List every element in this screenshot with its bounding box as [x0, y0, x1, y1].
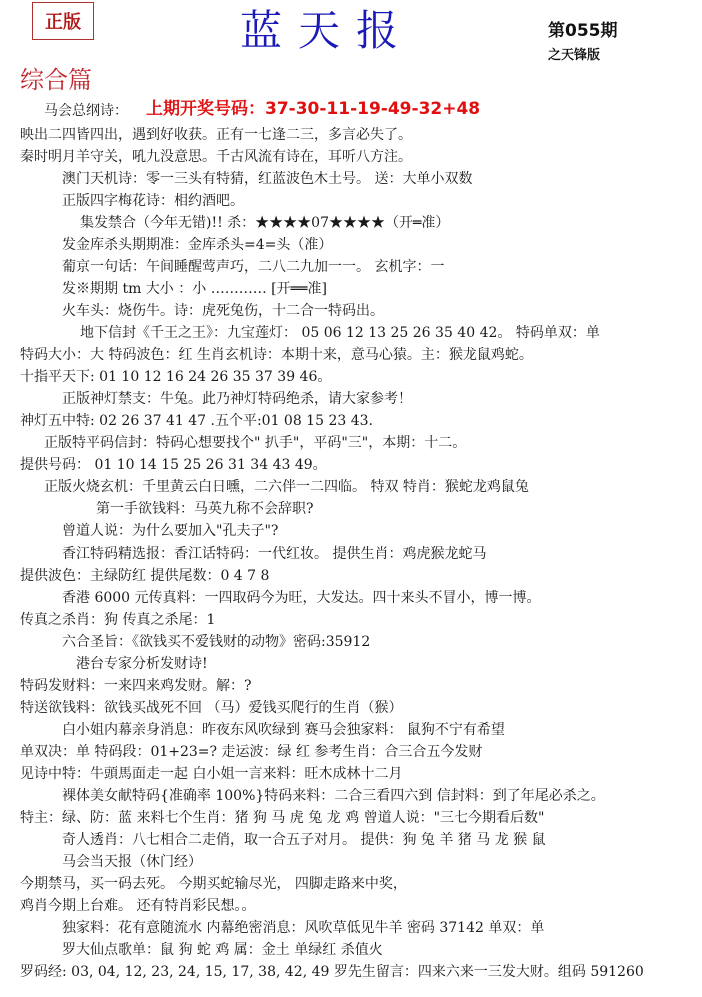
issue-number: 第055期 — [548, 16, 618, 41]
authentic-edition-badge: 正版 — [32, 2, 94, 40]
last-draw-numbers: 37-30-11-19-49-32+48 — [265, 99, 480, 119]
text-line: 正版神灯禁支：牛兔。此乃神灯特码绝杀，请大家参考！ — [62, 389, 412, 409]
text-line: 曾道人说：为什么要加入"孔夫子"? — [62, 521, 278, 541]
text-line: 提供波色：主绿防红 提供尾数：0 4 7 8 — [20, 566, 269, 586]
text-line: 秦时明月羊守关，吼九没意思。千古风流有诗在，耳听八方注。 — [20, 147, 412, 167]
text-line: 地下信封《千王之王》：九宝莲灯： 05 06 12 13 25 26 35 40… — [80, 323, 600, 343]
text-line: 罗码经: 03, 04, 12, 23, 24, 15, 17, 38, 42,… — [20, 962, 644, 982]
text-line: 正版火烧玄机：千里黄云白日曛，二六伴一二四临。 特双 特肖：猴蛇龙鸡鼠兔 — [44, 477, 529, 497]
last-draw-label: 上期开奖号码： — [146, 99, 265, 119]
text-line: 香港 6000 元传真料：一四取码今为旺，大发达。四十来头不冒小，博一博。 — [62, 588, 541, 608]
text-line: 马会当天报（休门经） — [62, 852, 202, 872]
text-line: 香江特码精选报：香江话特码：一代红妆。 提供生肖：鸡虎猴龙蛇马 — [62, 544, 486, 564]
text-line: 提供号码： 01 10 14 15 25 26 31 34 43 49。 — [20, 455, 327, 475]
text-line: 正版四字梅花诗：相约酒吧。 — [62, 191, 244, 211]
text-line: 今期禁马，买一码去死。 今期买蛇输尽光， 四脚走路来中奖， — [20, 874, 407, 894]
text-line: 传真之杀肖：狗 传真之杀尾：1 — [20, 610, 215, 630]
text-line: 奇人透肖：八七相合二走俏，取一合五子对月。 提供：狗 兔 羊 猪 马 龙 猴 鼠 — [62, 830, 546, 850]
text-line: 见诗中特：牛頭馬面走一起 白小姐一言来料：旺木成林十二月 — [20, 764, 402, 784]
text-line: 集发禁合（今年无错)!! 杀：★★★★07★★★★（开═准） — [80, 213, 449, 233]
text-line: 罗大仙点歌单：鼠 狗 蛇 鸡 属：金土 单绿红 杀值火 — [62, 940, 383, 960]
text-line: 港台专家分析发财诗! — [76, 654, 208, 674]
text-line: 马会总纲诗： — [44, 101, 128, 121]
text-line: 独家料：花有意随流水 内幕绝密消息：风吹草低见牛羊 密码 37142 单双：单 — [62, 918, 544, 938]
text-line: 神灯五中特: 02 26 37 41 47 .五个平:01 08 15 23 4… — [20, 411, 373, 431]
text-line: 六合圣旨：《欲钱买不爱钱财的动物》密码:35912 — [62, 632, 370, 652]
text-line: 发※期期 tm 大小 ：小 ………… [开══准] — [62, 279, 327, 299]
text-line: 特码大小：大 特码波色：红 生肖玄机诗：本期十来，意马心猿。主：猴龙鼠鸡蛇。 — [20, 345, 533, 365]
text-line: 裸体美女献特码{准确率 100%}特码来料：二合三看四六到 信封料：到了年尾必杀… — [62, 786, 605, 806]
text-line: 特主：绿、防：蓝 来料七个生肖：猪 狗 马 虎 兔 龙 鸡 曾道人说："三七今期… — [20, 808, 544, 828]
text-line: 第一手欲钱料：马英九称不会辞职? — [96, 499, 314, 519]
text-line: 火车头：烧伤牛。诗：虎死兔伤，十二合一特码出。 — [62, 301, 384, 321]
text-line: 鸡肖今期上台难。 还有特肖彩民想。。 — [20, 896, 255, 916]
text-line: 发金库杀头期期准：金库杀头=4=头（准） — [62, 235, 332, 255]
text-line: 澳门天机诗：零一三头有特猜，红蓝波色木土号。 送：大单小双数 — [62, 169, 472, 189]
text-line: 正版特平码信封：特码心想要找个" 扒手"，平码"三"，本期：十二。 — [44, 433, 466, 453]
text-line: 单双决：单 特码段：01+23=? 走运波：绿 红 参考生肖：合三合五今发财 — [20, 742, 482, 762]
text-line: 白小姐内幕亲身消息：昨夜东风吹绿到 赛马会独家料： 鼠狗不宁有希望 — [62, 720, 505, 740]
edition-label: 之天锋版 — [548, 44, 600, 63]
newspaper-title: 蓝天报 — [240, 0, 414, 58]
text-line: 十指平天下: 01 10 12 16 24 26 35 37 39 46。 — [20, 367, 331, 387]
text-line: 葡京一句话：午间睡醒莺声巧，二八二九加一一。 玄机字：一 — [62, 257, 444, 277]
text-line: 特送欲钱料：欲钱买战死不回 （马）爱钱买爬行的生肖（猴） — [20, 698, 402, 718]
text-line: 映出二四皆四出，遇到好收获。正有一七逢二三，多言必失了。 — [20, 125, 412, 145]
text-line: 特码发财料：一来四来鸡发财。解：? — [20, 676, 252, 696]
last-draw-results: 上期开奖号码：37-30-11-19-49-32+48 — [146, 94, 480, 119]
section-title: 综合篇 — [20, 60, 92, 95]
